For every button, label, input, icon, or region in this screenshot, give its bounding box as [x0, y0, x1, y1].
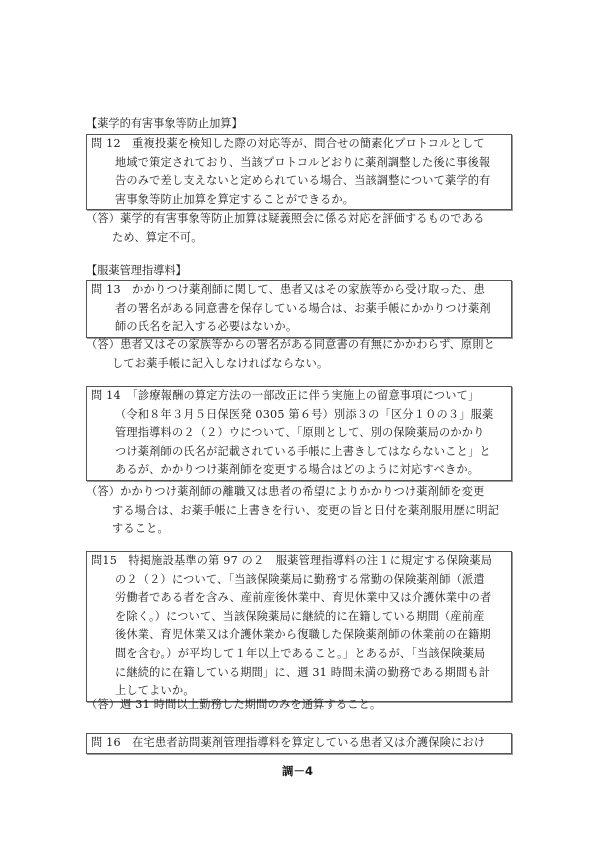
question-15-line: 労働者である者を含み、産前産後休業中、育児休業中又は介護休業中の者 [91, 589, 507, 608]
question-box-15: 問15 特掲施設基準の第 97 の２ 服薬管理指導料の注１に規定する保険薬局 の… [86, 551, 512, 702]
answer-12: （答）薬学的有害事象等防止加算は疑義照会に係る対応を評価するものである ため、算… [86, 210, 516, 247]
question-15-line: を除く。）について、当該保険薬局に継続的に在籍している期間（産前産 [91, 608, 507, 627]
question-15-line: に継続的に在籍している期間」に、週 31 時間未満の勤務である期間も計 [91, 664, 507, 683]
question-13-line: 問 13 かかりつけ薬剤師に関して、患者又はその家族等から受け取った、患 [91, 281, 507, 300]
answer-14-line: すること。 [86, 520, 516, 539]
answer-13: （答）患者又はその家族等からの署名がある同意書の有無にかかわらず、原則と してお… [86, 336, 516, 373]
answer-13-line: （答）患者又はその家族等からの署名がある同意書の有無にかかわらず、原則と [86, 336, 516, 355]
question-12-line: 問 12 重複投薬を検知した際の対応等が、問合せの簡素化プロトコルとして [91, 135, 507, 154]
question-box-16: 問 16 在宅患者訪問薬剤管理指導料を算定している患者又は介護保険におけ [86, 733, 512, 754]
question-12-line: 告のみで差し支えないと定められている場合、当該調整について薬学的有 [91, 172, 507, 191]
question-box-12: 問 12 重複投薬を検知した際の対応等が、問合せの簡素化プロトコルとして 地域で… [86, 134, 512, 210]
question-16-line: 問 16 在宅患者訪問薬剤管理指導料を算定している患者又は介護保険におけ [91, 734, 507, 753]
question-14-line: 問 14 「診療報酬の算定方法の一部改正に伴う実施上の留意事項について」 [91, 387, 507, 406]
question-13-line: 者の署名がある同意書を保存している場合は、お薬手帳にかかりつけ薬剤 [91, 300, 507, 319]
answer-12-line: （答）薬学的有害事象等防止加算は疑義照会に係る対応を評価するものである [86, 210, 516, 229]
question-14-line: 管理指導料の２（２）ウについて、「原則として、別の保険薬局のかかり [91, 424, 507, 443]
answer-14-line: する場合は、お薬手帳に上書きを行い、変更の旨と日付を薬剤服用歴に明記 [86, 502, 516, 521]
answer-13-line: してお薬手帳に記入しなければならない。 [86, 355, 516, 374]
question-15-line: 問15 特掲施設基準の第 97 の２ 服薬管理指導料の注１に規定する保険薬局 [91, 552, 507, 571]
page-number-label: 調－4 [0, 762, 595, 781]
question-14-line: （令和８年３月５日保医発 0305 第６号）別添３の「区分１０の３」服薬 [91, 406, 507, 425]
answer-15-line: （答）週 31 時間以上勤務した期間のみを通算すること。 [86, 696, 516, 715]
question-12-line: 地域で策定されており、当該プロトコルどおりに薬剤調整した後に事後報 [91, 154, 507, 173]
section-title-medication-management: 【服薬管理指導料】 [86, 262, 187, 281]
question-13-line: 師の氏名を記入する必要はないか。 [91, 318, 507, 337]
answer-14: （答）かかりつけ薬剤師の離職又は患者の希望によりかかりつけ薬剤師を変更 する場合… [86, 483, 516, 539]
question-box-13: 問 13 かかりつけ薬剤師に関して、患者又はその家族等から受け取った、患 者の署… [86, 280, 512, 338]
answer-15: （答）週 31 時間以上勤務した期間のみを通算すること。 [86, 696, 516, 715]
question-14-line: あるが、かかりつけ薬剤師を変更する場合はどのように対応すべきか。 [91, 461, 507, 480]
question-12-line: 害事象等防止加算を算定することができるか。 [91, 191, 507, 210]
answer-12-line: ため、算定不可。 [86, 229, 516, 248]
question-box-14: 問 14 「診療報酬の算定方法の一部改正に伴う実施上の留意事項について」 （令和… [86, 386, 512, 481]
question-14-line: つけ薬剤師の氏名が記載されている手帳に上書きしてはならないこと」と [91, 443, 507, 462]
section-title-adverse-event-prevention: 【薬学的有害事象等防止加算】 [86, 115, 243, 134]
answer-14-line: （答）かかりつけ薬剤師の離職又は患者の希望によりかかりつけ薬剤師を変更 [86, 483, 516, 502]
question-15-line: 後休業、育児休業又は介護休業から復職した保険薬剤師の休業前の在籍期 [91, 626, 507, 645]
question-15-line: 間を含む。）が平均して１年以上であること。」とあるが、「当該保険薬局 [91, 645, 507, 664]
question-15-line: の２（２）について、「当該保険薬局に勤務する常勤の保険薬剤師（派遣 [91, 571, 507, 590]
